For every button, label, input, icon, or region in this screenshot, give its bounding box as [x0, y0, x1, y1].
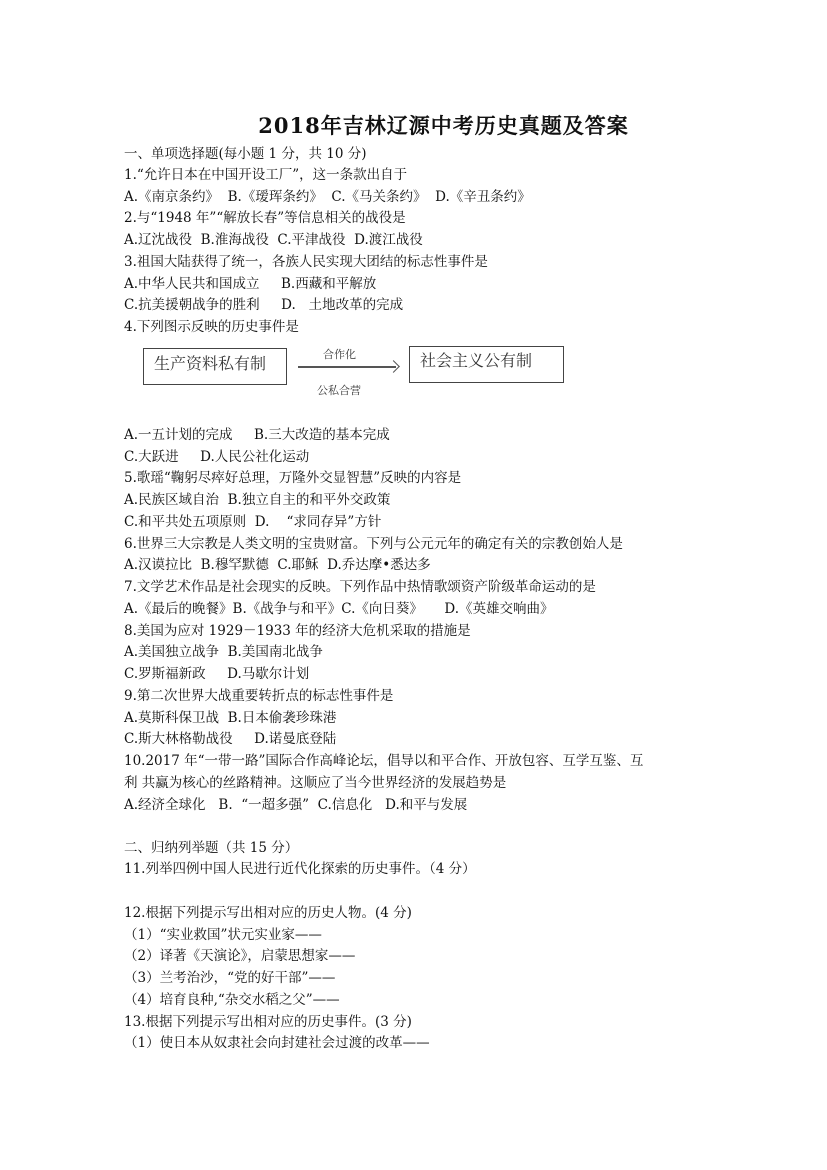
- question-2: 2.与“1948 年”“解放长春”等信息相关的战役是: [124, 209, 406, 227]
- options-6: A.汉谟拉比 B.穆罕默德 C.耶稣 D.乔达摩•悉达多: [124, 556, 431, 574]
- exam-page: 2018年吉林辽源中考历史真题及答案 一、单项选择题(每小题 1 分，共 10 …: [0, 0, 827, 1170]
- options-4-cd: C.大跃进 D.人民公社化运动: [124, 448, 309, 466]
- question-12-item-4: （4）培育良种,“杂交水稻之父”——: [124, 991, 340, 1009]
- options-4-ab: A.一五计划的完成 B.三大改造的基本完成: [124, 426, 390, 444]
- options-3-ab: A.中华人民共和国成立 B.西藏和平解放: [124, 275, 376, 293]
- options-8-cd: C.罗斯福新政 D.马歇尔计划: [124, 665, 309, 683]
- question-9: 9.第二次世界大战重要转折点的标志性事件是: [124, 687, 393, 705]
- question-11: 11.列举四例中国人民进行近代化探索的历史事件。（4 分）: [124, 860, 476, 878]
- history-diagram: 生产资料私有制 合作化 公私合营 社会主义公有制: [143, 344, 568, 404]
- question-3: 3.祖国大陆获得了统一，各族人民实现大团结的标志性事件是: [124, 253, 488, 271]
- options-9-cd: C.斯大林格勒战役 D.诺曼底登陆: [124, 730, 336, 748]
- options-5-ab: A.民族区域自治 B.独立自主的和平外交政策: [124, 491, 390, 509]
- question-10-line-1: 10.2017 年“一带一路”国际合作高峰论坛，倡导以和平合作、开放包容、互学互…: [124, 752, 643, 770]
- question-1: 1.“允许日本在中国开设工厂”，这一条款出自于: [124, 166, 407, 184]
- options-5-cd: C.和平共处五项原则 D. “求同存异”方针: [124, 513, 381, 531]
- question-7: 7.文学艺术作品是社会现实的反映。下列作品中热情歌颂资产阶级革命运动的是: [124, 578, 596, 596]
- diagram-box-private: 生产资料私有制: [143, 348, 287, 385]
- arrow-label-top: 合作化: [323, 346, 356, 362]
- arrow-right-icon: [298, 366, 396, 368]
- options-9-ab: A.莫斯科保卫战 B.日本偷袭珍珠港: [124, 709, 336, 727]
- options-8-ab: A.美国独立战争 B.美国南北战争: [124, 643, 323, 661]
- page-title: 2018年吉林辽源中考历史真题及答案: [0, 110, 827, 140]
- question-4: 4.下列图示反映的历史事件是: [124, 318, 299, 336]
- question-12-item-3: （3）兰考治沙，“党的好干部”——: [124, 969, 335, 987]
- question-12: 12.根据下列提示写出相对应的历史人物。(4 分): [124, 904, 412, 922]
- question-5: 5.歌瑶“鞠躬尽瘁好总理，万隆外交显智慧”反映的内容是: [124, 469, 461, 487]
- section-heading-2: 二、归纳列举题（共 15 分）: [124, 839, 298, 857]
- question-6: 6.世界三大宗教是人类文明的宝贵财富。下列与公元元年的确定有关的宗教创始人是: [124, 535, 623, 553]
- options-7: A.《最后的晚餐》B.《战争与和平》C.《向日葵》 D.《英雄交响曲》: [124, 600, 553, 618]
- options-3-cd: C.抗美援朝战争的胜利 D. 土地改革的完成: [124, 296, 403, 314]
- options-10: A.经济全球化 B. “一超多强” C.信息化 D.和平与发展: [124, 796, 467, 814]
- arrow-label-bottom: 公私合营: [317, 382, 361, 398]
- question-8: 8.美国为应对 1929－1933 年的经济大危机采取的措施是: [124, 622, 471, 640]
- question-12-item-2: （2）译著《天演论》，启蒙思想家——: [124, 947, 355, 965]
- section-heading-1: 一、单项选择题(每小题 1 分，共 10 分): [124, 145, 366, 163]
- options-2: A.辽沈战役 B.淮海战役 C.平津战役 D.渡江战役: [124, 231, 423, 249]
- question-13-item-1: （1）使日本从奴隶社会向封建社会过渡的改革——: [124, 1034, 430, 1052]
- question-13: 13.根据下列提示写出相对应的历史事件。(3 分): [124, 1013, 412, 1031]
- question-10-line-2: 利 共赢为核心的丝路精神。这顺应了当今世界经济的发展趋势是: [124, 774, 506, 792]
- diagram-box-public: 社会主义公有制: [409, 346, 564, 383]
- options-1: A.《南京条约》 B.《瑷珲条约》 C.《马关条约》 D.《辛丑条约》: [124, 188, 531, 206]
- question-12-item-1: （1）“实业救国”状元实业家——: [124, 926, 322, 944]
